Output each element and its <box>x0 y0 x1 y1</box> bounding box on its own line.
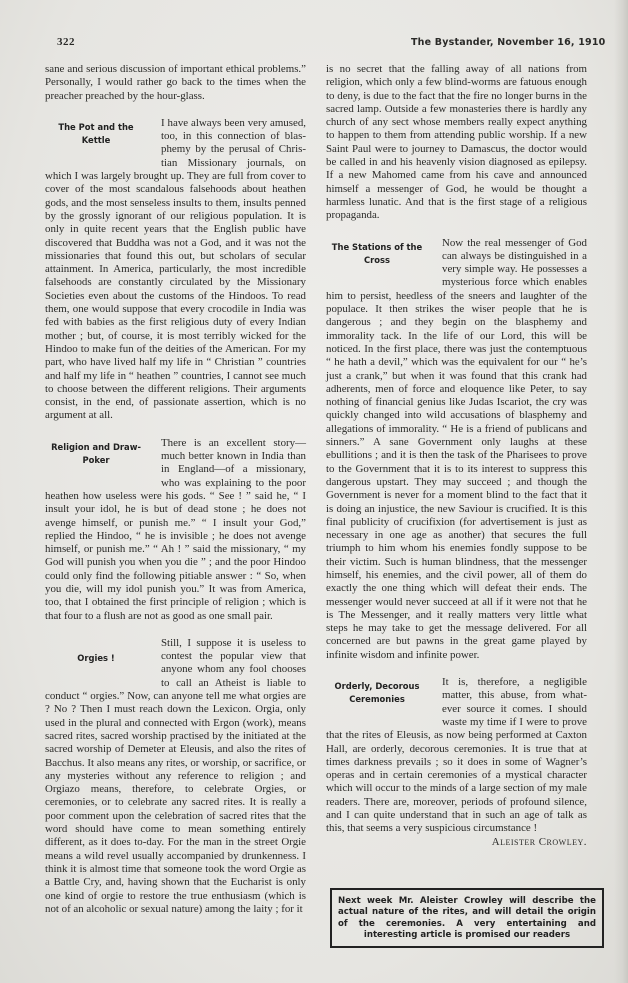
page-edge-shadow <box>614 0 628 983</box>
next-week-notice-box: Next week Mr. Aleister Crowley will desc… <box>330 888 604 948</box>
author-signature: Aleister Crowley. <box>492 836 587 849</box>
section-body: I have always been very amused, too, in … <box>45 117 306 423</box>
section-heading: Orgies ! <box>45 637 147 679</box>
section-heading: The Stations of the Cross <box>326 237 428 281</box>
left-opening-paragraph: sane and serious discussion of important… <box>45 63 306 103</box>
running-head: The Bystander, November 16, 1910 <box>411 37 605 48</box>
section-heading: The Pot and the Kettle <box>45 117 147 161</box>
section-orderly-decorous-ceremonies: Orderly, Decorous Ceremonies It is, ther… <box>326 676 587 836</box>
section-orgies: Orgies ! Still, I suppose it is useless … <box>45 637 306 916</box>
right-column: is no secret that the falling away of al… <box>326 63 587 849</box>
right-opening-paragraph: is no secret that the falling away of al… <box>326 63 587 223</box>
section-body: Now the real messenger of God can always… <box>326 237 587 663</box>
section-heading: Orderly, Decorous Ceremonies <box>326 676 428 720</box>
section-religion-and-draw-poker: Religion and Draw-Poker There is an exce… <box>45 437 306 623</box>
section-pot-and-kettle: The Pot and the Kettle I have always bee… <box>45 117 306 423</box>
section-stations-of-the-cross: The Stations of the Cross Now the real m… <box>326 237 587 663</box>
magazine-page: 322 The Bystander, November 16, 1910 san… <box>0 0 628 983</box>
left-column: sane and serious discussion of important… <box>45 63 306 916</box>
page-number: 322 <box>57 36 75 48</box>
section-heading: Religion and Draw-Poker <box>45 437 147 481</box>
